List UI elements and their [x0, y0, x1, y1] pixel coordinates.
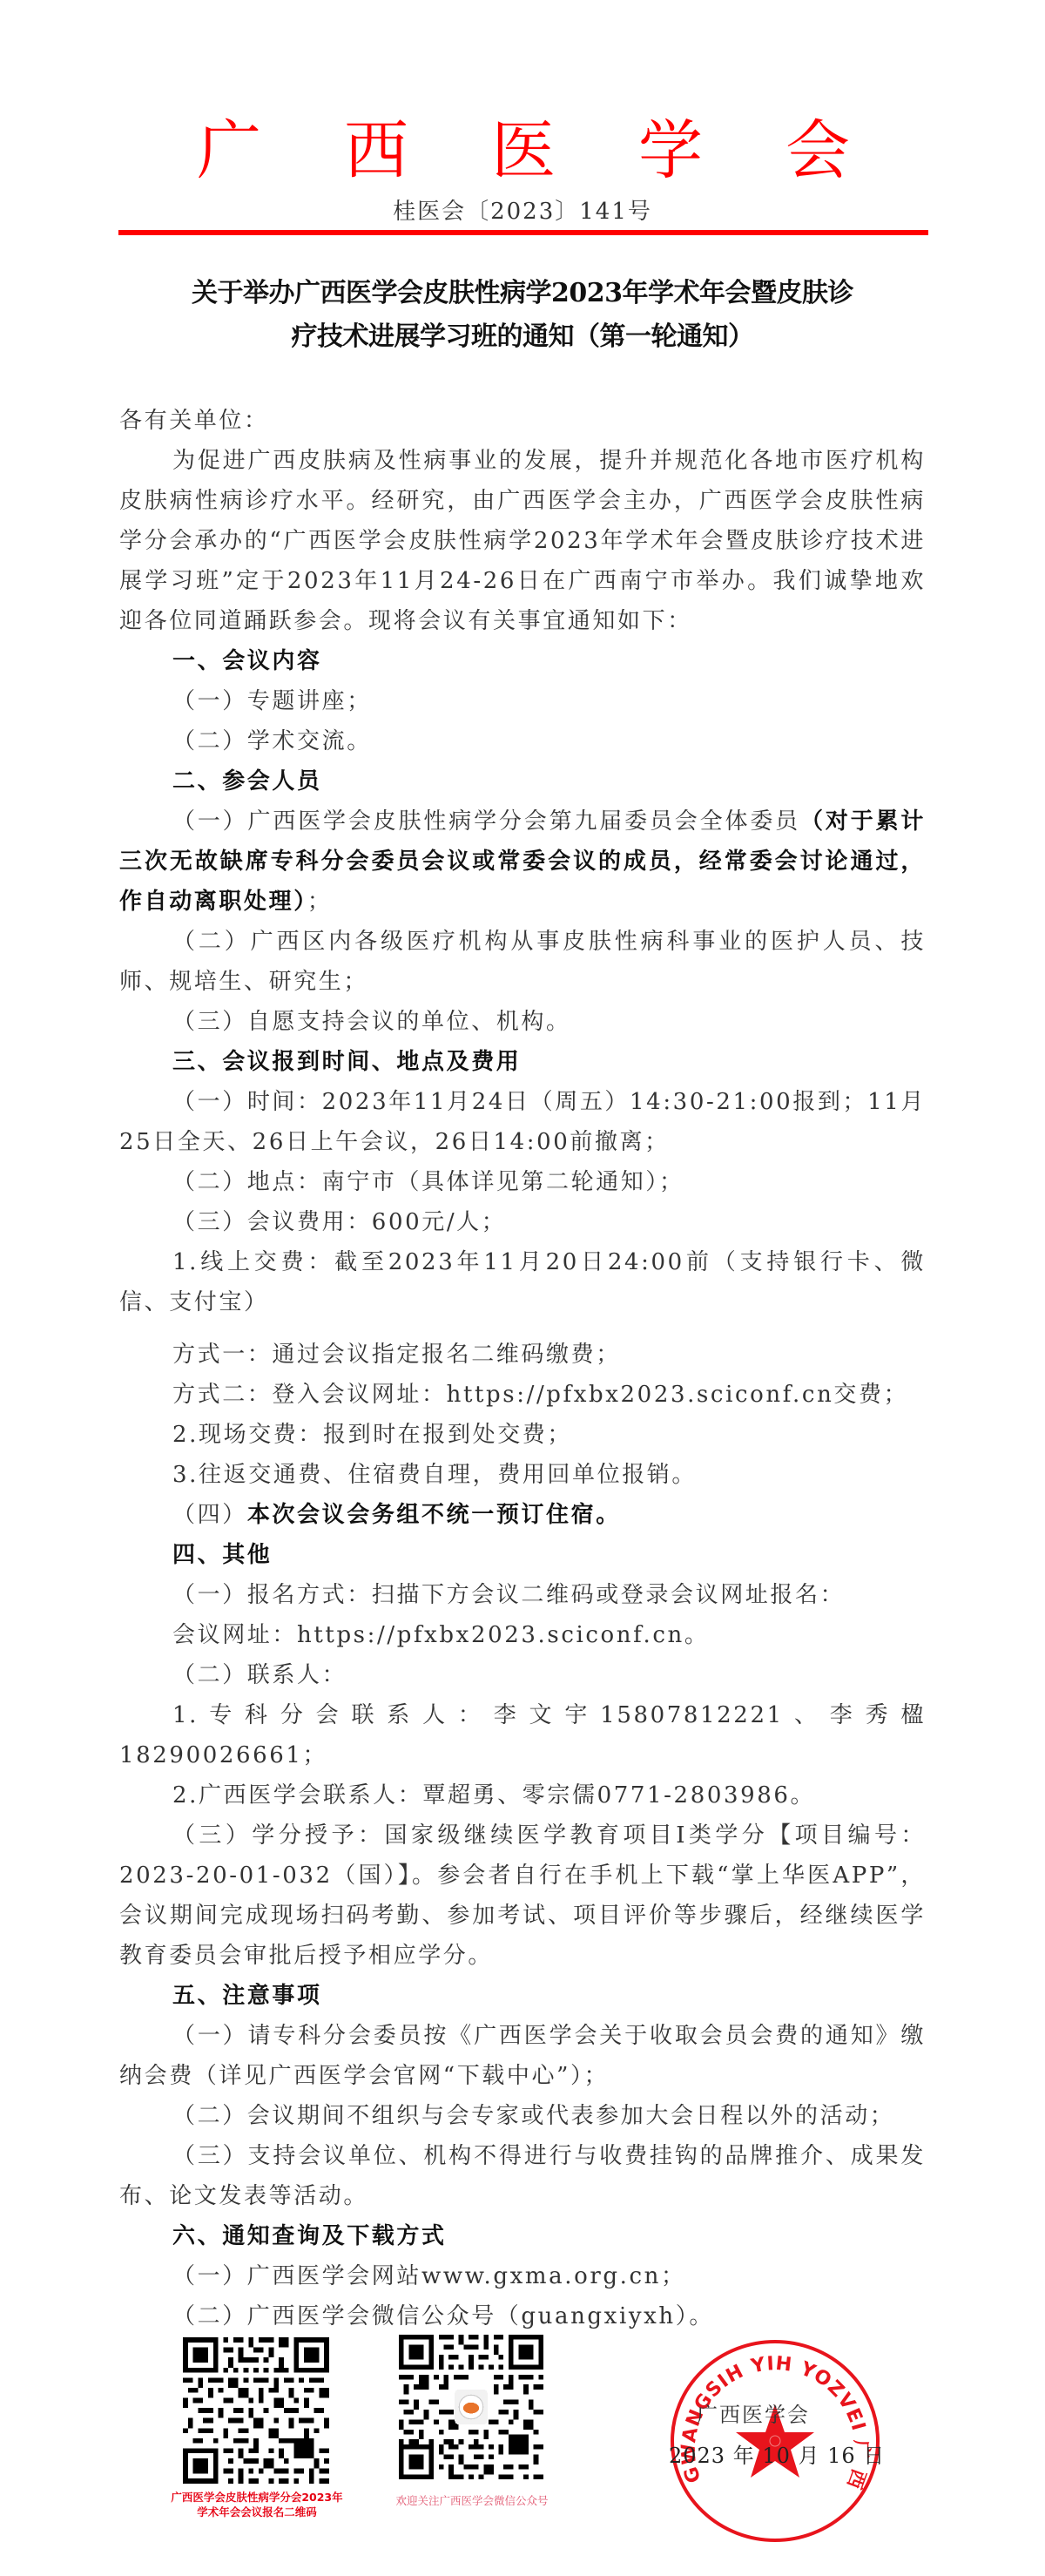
section-heading-5: 五、注意事项	[119, 1976, 926, 2016]
registration-qr-code[interactable]	[183, 2337, 329, 2484]
registration-qr-caption: 广西医学会皮肤性病学分会2023年 学术年会会议报名二维码	[162, 2490, 352, 2519]
payment-way-2: 方式二：登入会议网址：https://pfxbx2023.sciconf.cn交…	[119, 1375, 926, 1415]
section-heading-1: 一、会议内容	[119, 641, 926, 681]
list-item: （一）请专科分会委员按《广西医学会关于收取会员会费的通知》缴纳会费（详见广西医学…	[119, 2016, 926, 2096]
title-line-2: 疗技术进展学习班的通知（第一轮通知）	[113, 315, 932, 359]
org-char: 医	[491, 112, 556, 190]
credit-info: （三）学分授予：国家级继续医学教育项目Ⅰ类学分【项目编号：2023-20-01-…	[119, 1815, 926, 1976]
org-name-header: 广 西 医 学 会	[118, 112, 928, 190]
punct: ；	[307, 889, 333, 915]
meeting-time: （一）时间：2023年11月24日（周五）14:30-21:00报到；11月25…	[119, 1082, 926, 1162]
registration-method: （一）报名方式：扫描下方会议二维码或登录会议网址报名：	[119, 1575, 926, 1615]
contact-1: 1.专科分会联系人：李文宇15807812221、李秀楹18290026661；	[119, 1695, 926, 1775]
list-marker: （四）	[172, 1502, 247, 1528]
org-char: 西	[344, 112, 408, 190]
lodging-bold: 本次会议会务组不统一预订住宿。	[247, 1502, 621, 1528]
signature-date: 2023 年 10 月 16 日	[669, 2438, 895, 2469]
wechat-account: （二）广西医学会微信公众号（guangxiyxh）。	[119, 2296, 926, 2336]
online-payment: 1.线上交费：截至2023年11月20日24:00前（支持银行卡、微信、支付宝）	[119, 1242, 926, 1322]
notice-body: 各有关单位： 为促进广西皮肤病及性病事业的发展，提升并规范化各地市医疗机构皮肤病…	[119, 401, 926, 2336]
list-item: （一）广西医学会皮肤性病学分会第九届委员会全体委员（对于累计三次无故缺席专科分会…	[119, 801, 926, 922]
org-char: 学	[638, 112, 703, 190]
lodging-note: （四）本次会议会务组不统一预订住宿。	[119, 1495, 926, 1535]
org-char: 会	[785, 112, 850, 190]
signature-organization: 广西医学会	[697, 2397, 871, 2428]
list-item: （一）专题讲座；	[119, 681, 926, 721]
list-item: （二）广西区内各级医疗机构从事皮肤性病科事业的医护人员、技师、规培生、研究生；	[119, 922, 926, 1002]
travel-expense: 3.往返交通费、住宿费自理，费用回单位报销。	[119, 1455, 926, 1495]
section-heading-2: 二、参会人员	[119, 761, 926, 801]
list-item: （二）学术交流。	[119, 721, 926, 761]
attendee-committee: （一）广西医学会皮肤性病学分会第九届委员会全体委员	[172, 808, 800, 835]
conference-website[interactable]: 会议网址：https://pfxbx2023.sciconf.cn。	[119, 1615, 926, 1655]
section-heading-4: 四、其他	[119, 1535, 926, 1575]
list-item: （三）自愿支持会议的单位、机构。	[119, 1002, 926, 1042]
intro-paragraph: 为促进广西皮肤病及性病事业的发展，提升并规范化各地市医疗机构皮肤病性病诊疗水平。…	[119, 441, 926, 641]
contact-2: 2.广西医学会联系人：覃超勇、零宗儒0771-2803986。	[119, 1775, 926, 1815]
title-line-1: 关于举办广西医学会皮肤性病学2023年学术年会暨皮肤诊	[113, 272, 932, 315]
wechat-qr-code[interactable]	[399, 2335, 543, 2479]
meeting-place: （二）地点：南宁市（具体详见第二轮通知）；	[119, 1162, 926, 1202]
section-heading-6: 六、通知查询及下载方式	[119, 2216, 926, 2256]
caption-line: 学术年会会议报名二维码	[162, 2505, 352, 2519]
spacer	[119, 1322, 926, 1335]
meeting-fee: （三）会议费用：600元/人；	[119, 1202, 926, 1242]
contacts-label: （二）联系人：	[119, 1655, 926, 1695]
section-heading-3: 三、会议报到时间、地点及费用	[119, 1042, 926, 1082]
list-item: （三）支持会议单位、机构不得进行与收费挂钩的品牌推介、成果发布、论文发表等活动。	[119, 2136, 926, 2216]
notice-document: 广 西 医 学 会 桂医会〔2023〕141号 关于举办广西医学会皮肤性病学20…	[0, 0, 1045, 2576]
qr-code-icon	[399, 2335, 543, 2479]
document-number: 桂医会〔2023〕141号	[0, 193, 1045, 226]
notice-title: 关于举办广西医学会皮肤性病学2023年学术年会暨皮肤诊 疗技术进展学习班的通知（…	[113, 272, 932, 359]
wechat-qr-caption: 欢迎关注广西医学会微信公众号	[390, 2493, 554, 2508]
onsite-payment: 2.现场交费：报到时在报到处交费；	[119, 1415, 926, 1455]
org-char: 广	[197, 112, 261, 190]
red-divider	[118, 230, 928, 235]
list-item: （二）会议期间不组织与会专家或代表参加大会日程以外的活动；	[119, 2096, 926, 2136]
qr-code-icon	[183, 2337, 329, 2484]
caption-line: 广西医学会皮肤性病学分会2023年	[162, 2490, 352, 2505]
gxma-website[interactable]: （一）广西医学会网站www.gxma.org.cn；	[119, 2256, 926, 2296]
salutation: 各有关单位：	[119, 401, 926, 441]
payment-way-1: 方式一：通过会议指定报名二维码缴费；	[119, 1335, 926, 1375]
